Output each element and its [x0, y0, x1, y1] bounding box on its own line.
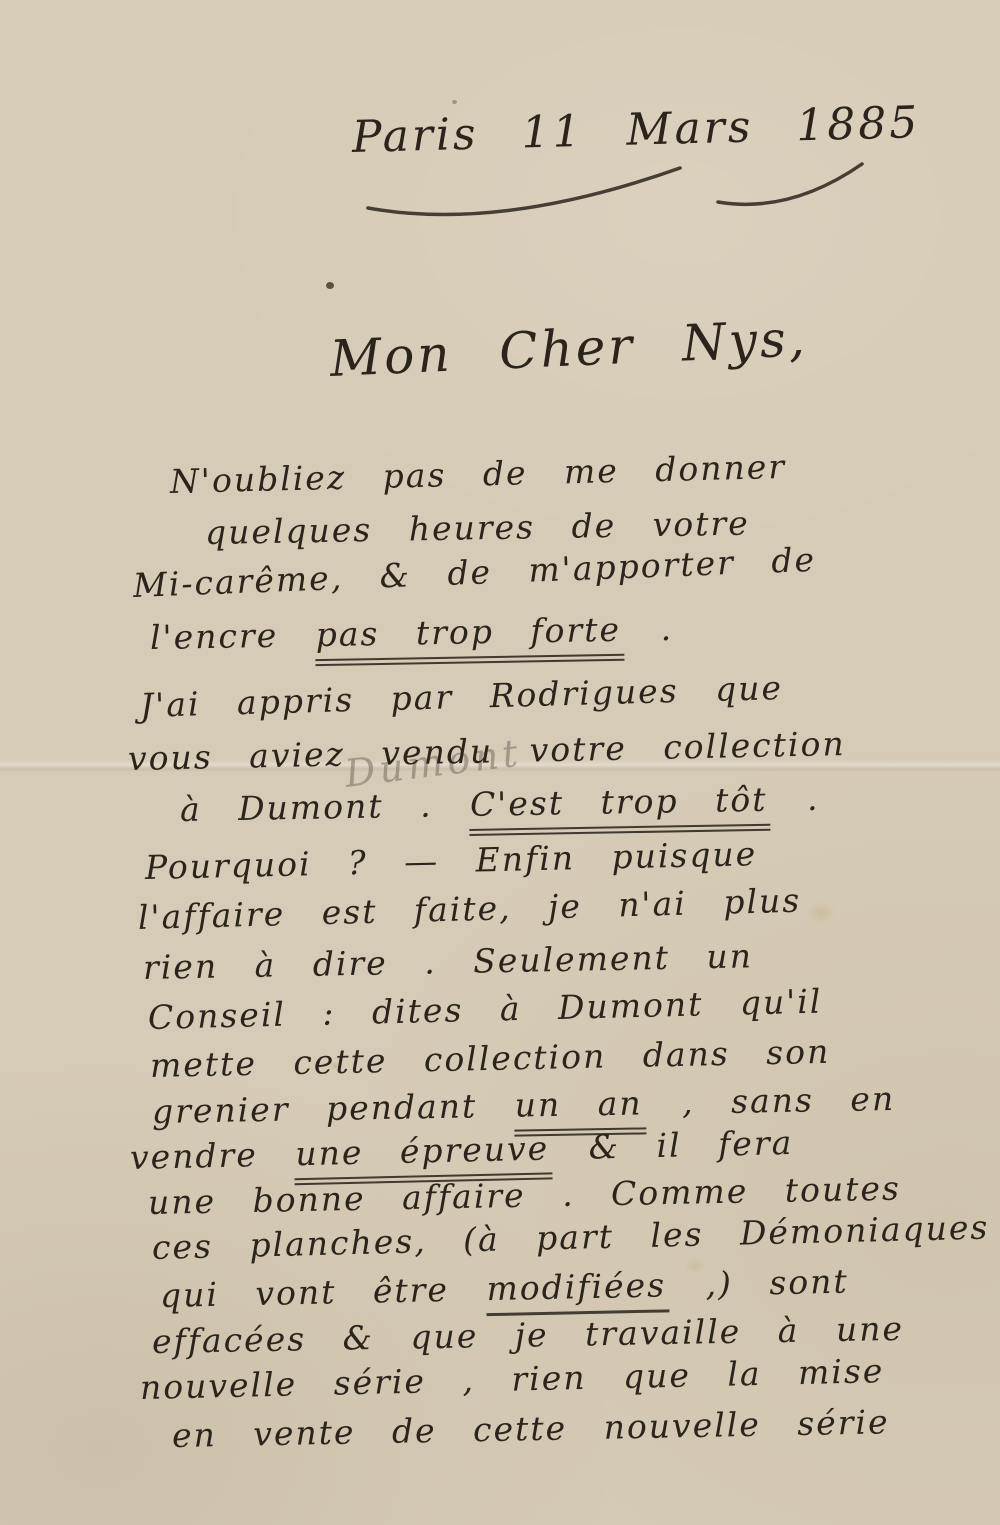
letter-line: J'ai appris par Rodrigues que [139, 668, 783, 725]
flourish-stroke [350, 150, 890, 230]
letter-line: mette cette collection dans son [150, 1032, 831, 1085]
letter-line: vendre une épreuve & il fera [130, 1123, 794, 1177]
letter-text-segment-underlined: C'est trop tôt [469, 780, 771, 836]
letter-text-segment: N'oubliez pas de me donner [170, 447, 787, 501]
letter-text-segment: mette cette collection dans son [150, 1032, 831, 1085]
paper-stain [806, 902, 836, 924]
letter-line: l'encre pas trop forte . [150, 609, 674, 657]
letter-text-segment: l'encre [150, 615, 315, 657]
letter-text-segment: . [624, 609, 674, 649]
paper-speck [452, 100, 457, 104]
paper-speck [326, 282, 334, 289]
letter-text-segment: , sans en [645, 1079, 895, 1122]
letter-text-segment: . [770, 779, 820, 819]
letter-text-segment: vendre [130, 1134, 295, 1177]
letter-text-segment: qui vont être [160, 1269, 486, 1315]
letter-text-segment: grenier pendant [152, 1086, 514, 1131]
letter-line: Conseil : dites à Dumont qu'il [148, 982, 823, 1037]
letter-line: Pourquoi ? — Enfin puisque [145, 834, 758, 887]
letter-text-segment-underlined: pas trop forte [314, 610, 624, 666]
salutation: Mon Cher Nys, [329, 309, 809, 388]
letter-text-segment: en vente de cette nouvelle série [172, 1402, 890, 1455]
letter-page: Paris 11 Mars 1885 Mon Cher Nys, Dumont … [0, 0, 1000, 1525]
letter-line: N'oubliez pas de me donner [170, 447, 787, 501]
letter-text-segment: ,) sont [669, 1262, 849, 1305]
letter-text-segment: Pourquoi ? — Enfin puisque [145, 834, 758, 887]
letter-text-segment: & il fera [552, 1123, 794, 1167]
letter-text-segment: nouvelle série , rien que la mise [140, 1351, 885, 1407]
letter-line: à Dumont . C'est trop tôt . [180, 779, 820, 829]
letter-text-segment: Conseil : dites à Dumont qu'il [148, 982, 823, 1037]
letter-line: nouvelle série , rien que la mise [140, 1351, 885, 1407]
letter-text-segment: à Dumont . [180, 785, 470, 829]
letter-text-segment-underlined: modifiées [485, 1265, 670, 1316]
letter-text-segment: rien à dire . Seulement un [143, 936, 754, 987]
letter-text-segment: l'affaire est faite, je n'ai plus [137, 881, 801, 937]
letter-text-segment: J'ai appris par Rodrigues que [139, 668, 783, 725]
letter-line: en vente de cette nouvelle série [172, 1402, 890, 1455]
letter-line: rien à dire . Seulement un [143, 936, 754, 987]
letter-line: l'affaire est faite, je n'ai plus [137, 881, 801, 937]
letter-line: qui vont être modifiées ,) sont [160, 1262, 849, 1315]
